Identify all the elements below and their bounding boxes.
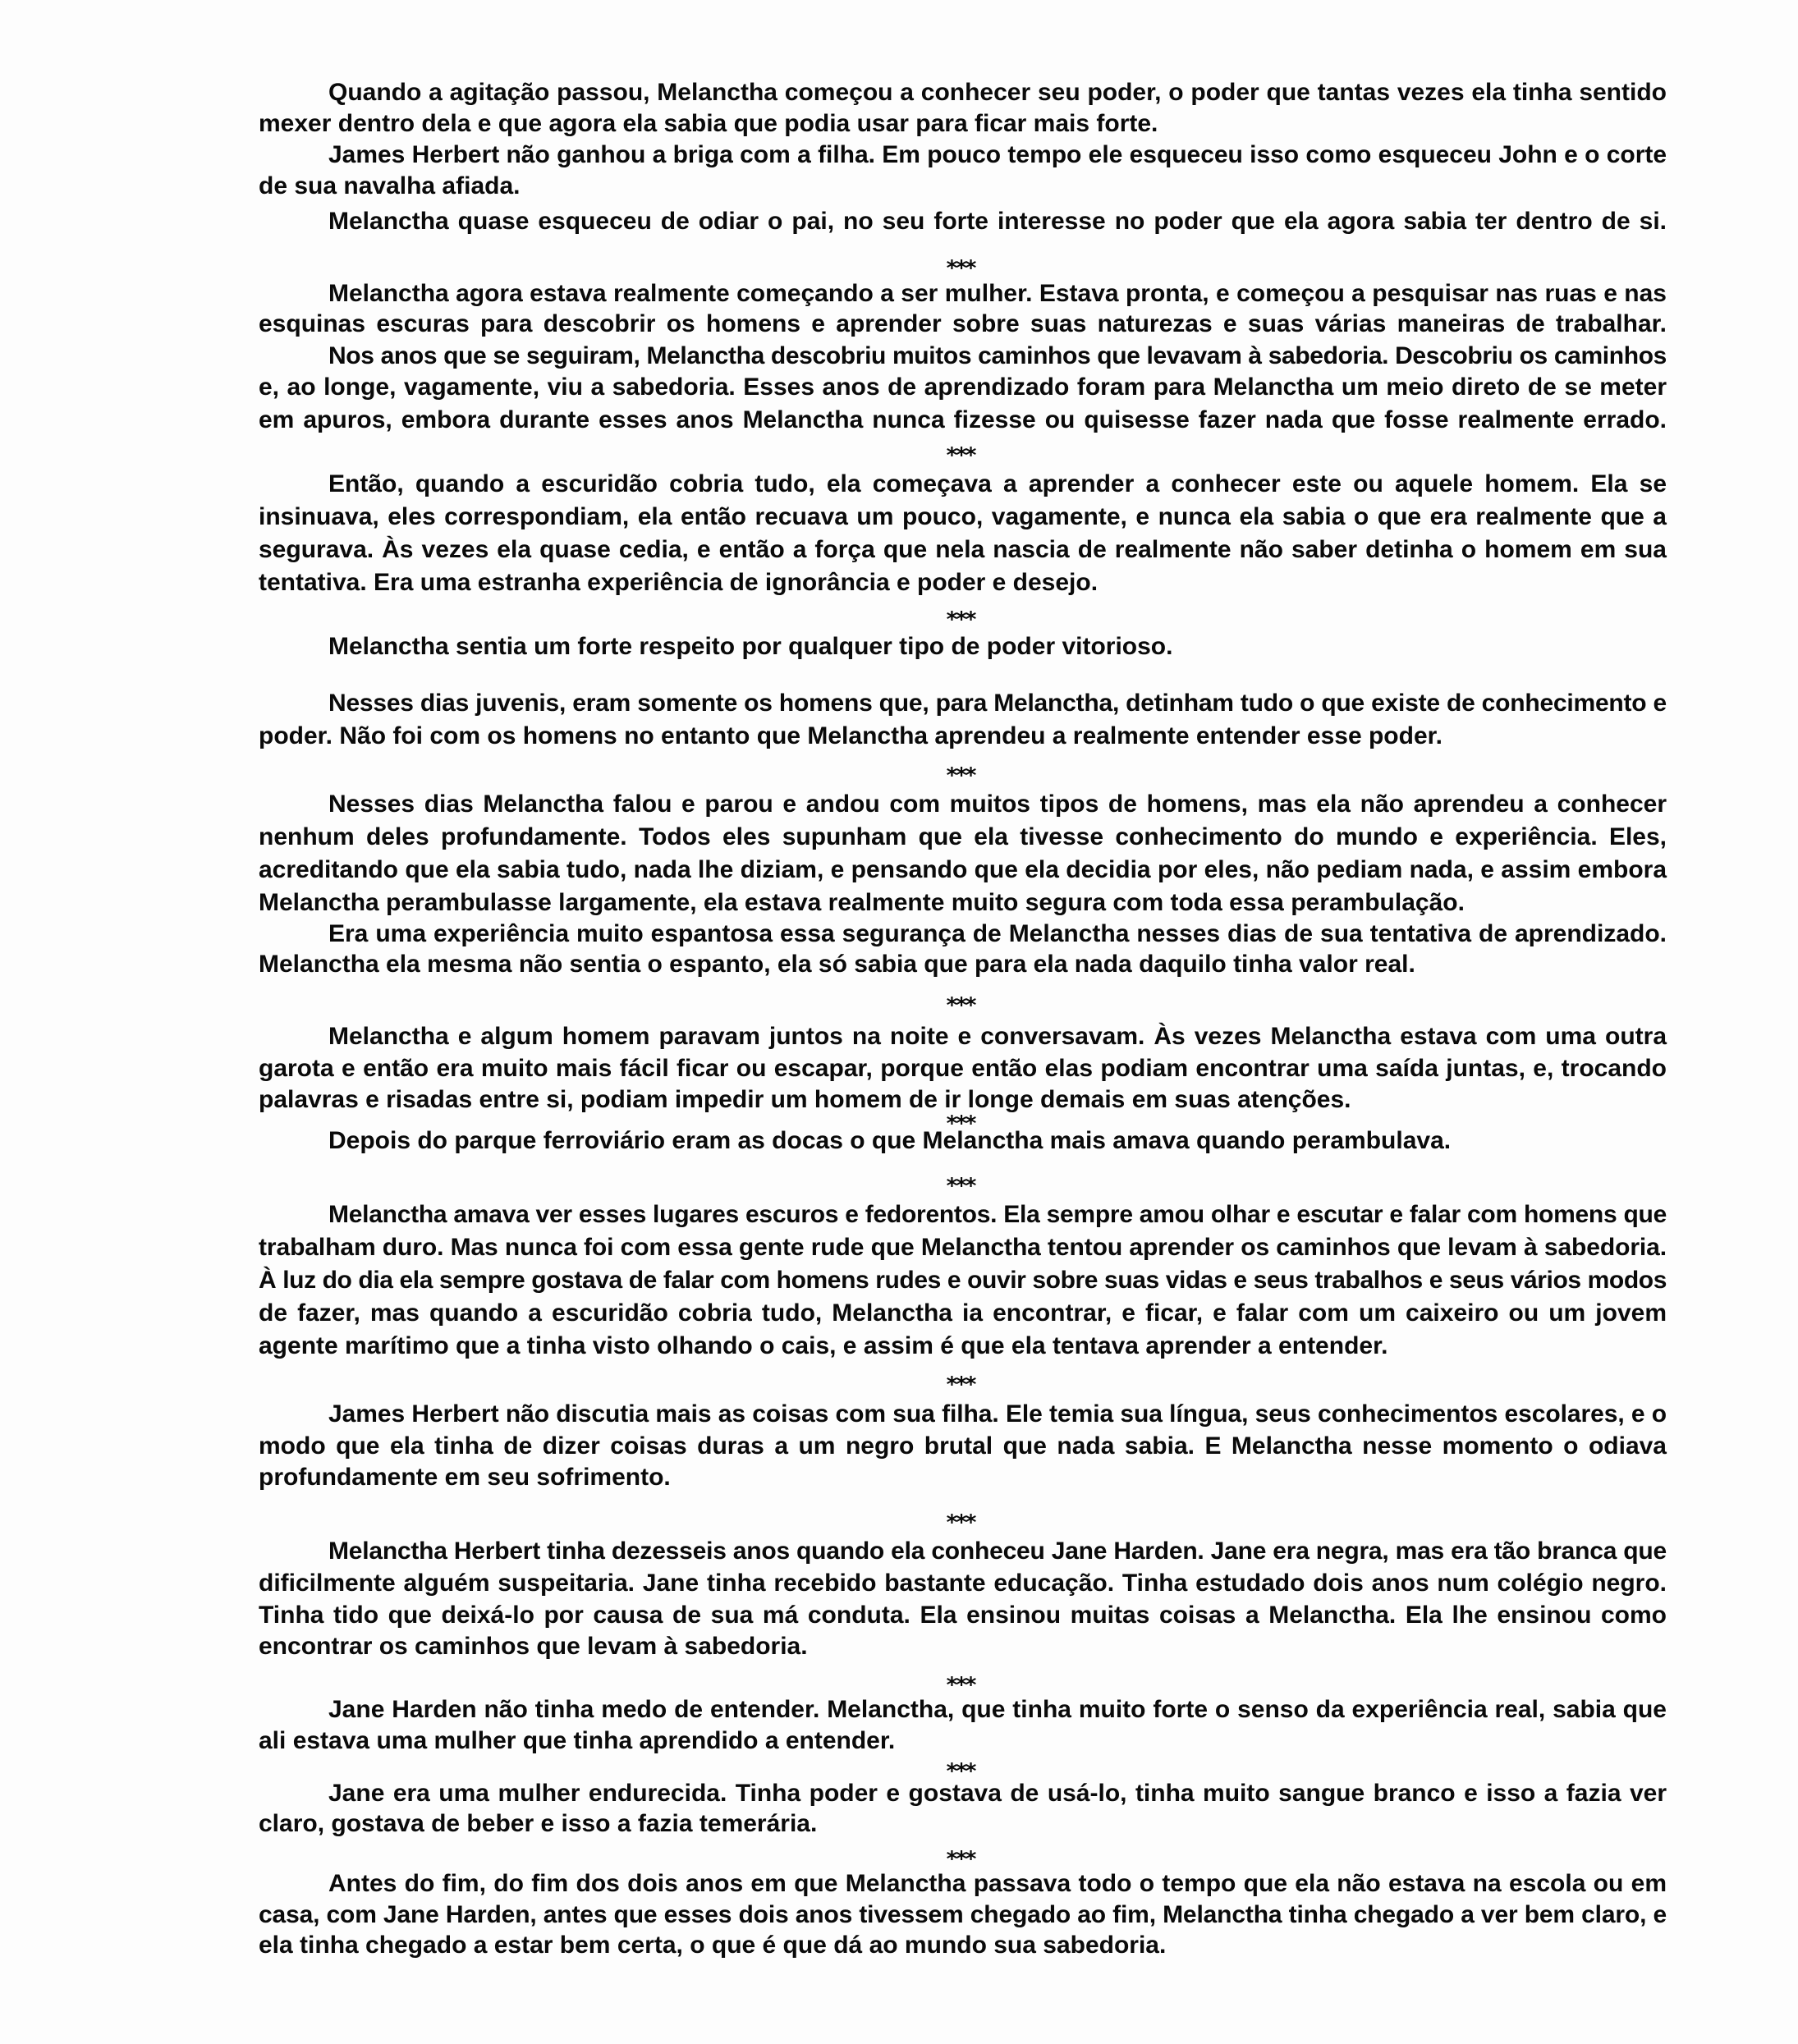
text-line: acreditando que ela sabia tudo, nada lhe… — [259, 855, 1667, 886]
text-line: James Herbert não discutia mais as coisa… — [328, 1399, 1667, 1430]
text-line: ali estava uma mulher que tinha aprendid… — [259, 1725, 1667, 1757]
text-line: Quando a agitação passou, Melanctha come… — [328, 77, 1667, 108]
text-line: dificilmente alguém suspeitaria. Jane ti… — [259, 1568, 1667, 1599]
text-line: garota e então era muito mais fácil fica… — [259, 1053, 1667, 1084]
text-line: encontrar os caminhos que levam à sabedo… — [259, 1631, 1667, 1662]
text-line: de fazer, mas quando a escuridão cobria … — [259, 1298, 1667, 1329]
text-line: Tinha tido que deixá-lo por causa de sua… — [259, 1600, 1667, 1631]
text-line: Depois do parque ferroviário eram as doc… — [328, 1125, 1667, 1157]
text-line: poder. Não foi com os homens no entanto … — [259, 721, 1667, 752]
text-line: em apuros, embora durante esses anos Mel… — [259, 405, 1667, 436]
text-line: tentativa. Era uma estranha experiência … — [259, 567, 1667, 598]
text-line: Melanctha quase esqueceu de odiar o pai,… — [328, 206, 1667, 237]
text-line: ela tinha chegado a estar bem certa, o q… — [259, 1930, 1667, 1961]
text-line: Melanctha e algum homem paravam juntos n… — [328, 1021, 1667, 1052]
section-separator: *** — [899, 258, 1022, 279]
text-line: de sua navalha afiada. — [259, 171, 1667, 202]
text-line: Jane Harden não tinha medo de entender. … — [328, 1694, 1667, 1725]
text-line: Antes do fim, do fim dos dois anos em qu… — [328, 1868, 1667, 1900]
section-separator: *** — [899, 445, 1022, 466]
text-line: Jane era uma mulher endurecida. Tinha po… — [328, 1778, 1667, 1809]
text-line: Melanctha agora estava realmente começan… — [328, 278, 1667, 309]
text-line: Melanctha sentia um forte respeito por q… — [328, 631, 1667, 662]
section-separator: *** — [899, 1176, 1022, 1197]
section-separator: *** — [899, 1374, 1022, 1396]
text-line: trabalham duro. Mas nunca foi com essa g… — [259, 1232, 1667, 1263]
text-line: insinuava, eles correspondiam, ela então… — [259, 502, 1667, 533]
text-line: À luz do dia ela sempre gostava de falar… — [259, 1265, 1667, 1296]
text-line: profundamente em seu sofrimento. — [259, 1462, 1667, 1493]
text-line: Nos anos que se seguiram, Melanctha desc… — [328, 341, 1667, 372]
text-line: Então, quando a escuridão cobria tudo, e… — [328, 469, 1667, 500]
text-line: agente marítimo que a tinha visto olhand… — [259, 1331, 1667, 1362]
section-separator: *** — [899, 765, 1022, 786]
text-line: modo que ela tinha de dizer coisas duras… — [259, 1431, 1667, 1462]
section-separator: *** — [899, 1675, 1022, 1696]
text-line: Melanctha perambulasse largamente, ela e… — [259, 887, 1667, 919]
section-separator: *** — [899, 995, 1022, 1016]
text-line: claro, gostava de beber e isso a fazia t… — [259, 1808, 1667, 1840]
text-line: Melanctha ela mesma não sentia o espanto… — [259, 949, 1667, 980]
text-line: esquinas escuras para descobrir os homen… — [259, 309, 1667, 340]
text-line: segurava. Às vezes ela quase cedia, e en… — [259, 534, 1667, 566]
text-line: Era uma experiência muito espantosa essa… — [328, 919, 1667, 950]
section-separator: *** — [899, 1512, 1022, 1533]
text-line: casa, com Jane Harden, antes que esses d… — [259, 1900, 1667, 1931]
text-line: mexer dentro dela e que agora ela sabia … — [259, 108, 1667, 140]
text-line: James Herbert não ganhou a briga com a f… — [328, 140, 1667, 171]
section-separator: *** — [899, 1849, 1022, 1870]
text-line: Nesses dias juvenis, eram somente os hom… — [328, 688, 1667, 719]
text-line: nenhum deles profundamente. Todos eles s… — [259, 822, 1667, 853]
text-line: Melanctha Herbert tinha dezesseis anos q… — [328, 1536, 1667, 1567]
text-line: Nesses dias Melanctha falou e parou e an… — [328, 789, 1667, 820]
section-separator: *** — [899, 609, 1022, 630]
text-line: e, ao longe, vagamente, viu a sabedoria.… — [259, 372, 1667, 403]
scanned-book-page: Quando a agitação passou, Melanctha come… — [0, 0, 1798, 2044]
text-line: Melanctha amava ver esses lugares escuro… — [328, 1199, 1667, 1231]
